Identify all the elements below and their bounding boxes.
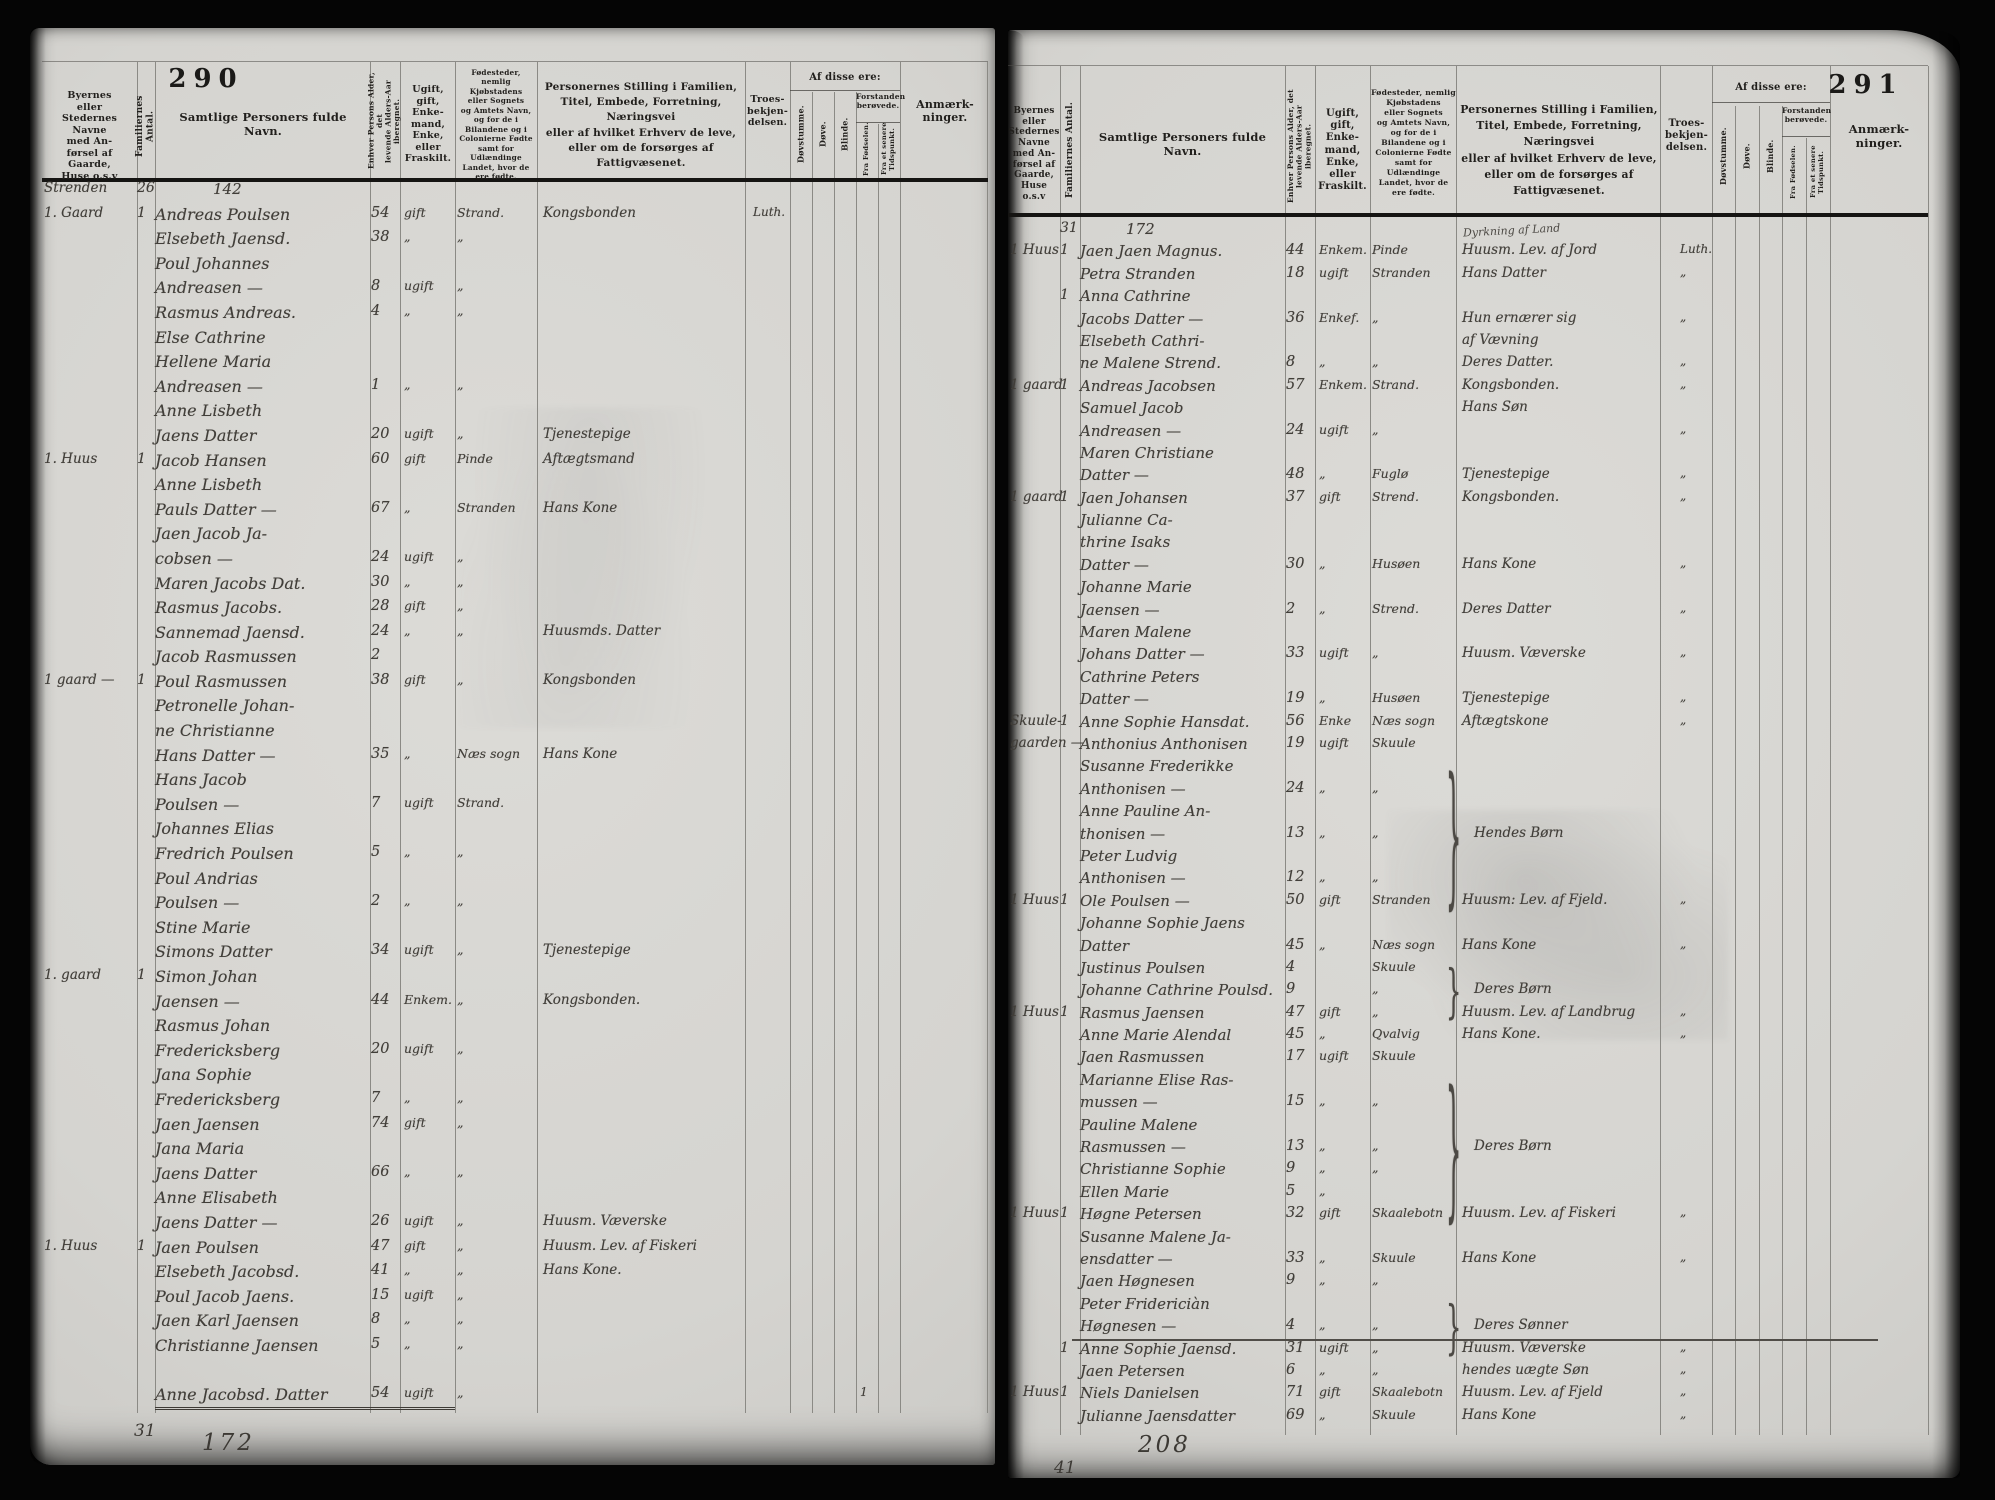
age-cell bbox=[1285, 287, 1315, 309]
name-cell: Jaensen — bbox=[155, 992, 370, 1017]
religion-cell bbox=[745, 278, 790, 303]
marital-cell bbox=[400, 696, 455, 721]
birthplace-cell: „ bbox=[1370, 354, 1456, 376]
position-cell: Huusm: Lev. af Fjeld. bbox=[1456, 892, 1660, 914]
age-cell: 44 bbox=[370, 992, 400, 1017]
family-count-cell bbox=[137, 278, 155, 303]
family-count-cell: 1 bbox=[137, 1238, 155, 1263]
page-number: 291 bbox=[1816, 70, 1916, 102]
position-cell: Hans Kone. bbox=[537, 1262, 745, 1287]
place-cell: 1 Huus bbox=[1008, 1384, 1060, 1406]
family-count-cell: 1 bbox=[137, 205, 155, 230]
position-cell: Hans Kone bbox=[1456, 1407, 1660, 1429]
infirmity-mark-cell bbox=[1712, 780, 1830, 802]
col-header-birthplace: Fødesteder, nemlig Kjøbstadens eller Sog… bbox=[1371, 88, 1456, 198]
position-cell bbox=[1456, 1048, 1660, 1070]
infirmity-mark-cell bbox=[790, 278, 900, 303]
marital-cell: „ bbox=[1315, 1183, 1370, 1205]
religion-cell: „ bbox=[1660, 1026, 1712, 1048]
marital-cell bbox=[400, 1188, 455, 1213]
name-cell: Datter — bbox=[1080, 466, 1285, 488]
family-count-cell bbox=[137, 770, 155, 795]
age-cell: 67 bbox=[370, 500, 400, 525]
marital-cell bbox=[1315, 399, 1370, 421]
marital-cell: gift bbox=[1315, 892, 1370, 914]
religion-cell bbox=[745, 696, 790, 721]
remark-cell bbox=[900, 1213, 986, 1238]
remark-cell bbox=[1830, 1093, 1928, 1115]
age-cell: 18 bbox=[1285, 265, 1315, 287]
place-cell bbox=[1008, 1183, 1060, 1205]
place-cell: Strenden bbox=[42, 180, 137, 205]
position-cell bbox=[1456, 802, 1660, 824]
name-cell: Sannemad Jaensd. bbox=[155, 623, 370, 648]
family-count-cell bbox=[1060, 757, 1080, 779]
birthplace-cell: „ bbox=[455, 426, 537, 451]
marital-cell: gift bbox=[400, 1238, 455, 1263]
marital-cell: „ bbox=[400, 500, 455, 525]
place-cell bbox=[1008, 287, 1060, 309]
infirmity-mark-cell bbox=[790, 377, 900, 402]
age-cell: 74 bbox=[370, 1115, 400, 1140]
marital-cell: gift bbox=[400, 672, 455, 697]
remark-cell bbox=[900, 1385, 986, 1410]
age-cell: 47 bbox=[370, 1238, 400, 1263]
family-total: 41 bbox=[1054, 1458, 1076, 1478]
religion-cell bbox=[745, 303, 790, 328]
census-row: Anne Pauline An- bbox=[1008, 802, 1928, 824]
age-cell bbox=[1285, 1228, 1315, 1250]
census-row: Datter — 19 „ Husøen Tjenestepige „ bbox=[1008, 690, 1928, 712]
census-row: Ellen Marie 5 „ bbox=[1008, 1183, 1928, 1205]
place-cell bbox=[1008, 578, 1060, 600]
infirmity-mark-cell bbox=[1712, 869, 1830, 891]
place-cell bbox=[42, 1336, 137, 1361]
place-cell bbox=[1008, 1228, 1060, 1250]
age-cell bbox=[370, 918, 400, 943]
birthplace-cell: „ bbox=[1370, 1160, 1456, 1182]
position-cell: Aftægtsmand bbox=[537, 451, 745, 476]
marital-cell: ugift bbox=[1315, 645, 1370, 667]
marital-cell: ugift bbox=[1315, 422, 1370, 444]
name-cell: Pauline Malene bbox=[1080, 1116, 1285, 1138]
place-cell bbox=[1008, 332, 1060, 354]
name-cell: Samuel Jacob bbox=[1080, 399, 1285, 421]
remark-cell bbox=[900, 352, 986, 377]
marital-cell: „ bbox=[1315, 1317, 1370, 1339]
age-cell: 69 bbox=[1285, 1407, 1315, 1429]
family-count-cell bbox=[1060, 869, 1080, 891]
census-row: Høgnesen — 4 „ „ Deres Sønner bbox=[1008, 1317, 1928, 1339]
place-cell bbox=[1008, 869, 1060, 891]
remark-cell bbox=[1830, 690, 1928, 712]
infirmity-mark-cell bbox=[1712, 735, 1830, 757]
census-row: Justinus Poulsen 4 Skuule bbox=[1008, 959, 1928, 981]
name-cell: Rasmus Johan bbox=[155, 1016, 370, 1041]
marital-cell: „ bbox=[400, 1164, 455, 1189]
family-count-cell bbox=[137, 1262, 155, 1287]
census-row: Poul Andrias bbox=[42, 869, 986, 894]
remark-cell bbox=[1830, 1160, 1928, 1182]
birthplace-cell bbox=[455, 647, 537, 672]
marital-cell: „ bbox=[1315, 466, 1370, 488]
place-cell: 1 Huus bbox=[1008, 892, 1060, 914]
place-cell bbox=[42, 844, 137, 869]
position-cell: Deres Børn bbox=[1456, 981, 1660, 1003]
birthplace-cell bbox=[1370, 1183, 1456, 1205]
infirmity-mark-cell bbox=[1712, 287, 1830, 309]
name-cell: Elsebeth Jacobsd. bbox=[155, 1262, 370, 1287]
infirmity-mark-cell bbox=[790, 893, 900, 918]
age-cell: 48 bbox=[1285, 466, 1315, 488]
family-count-cell bbox=[137, 1361, 155, 1386]
place-cell bbox=[1008, 511, 1060, 533]
col-header-family-count: Familiernes Antal. bbox=[1060, 98, 1080, 202]
position-cell bbox=[537, 475, 745, 500]
marital-cell bbox=[1315, 511, 1370, 533]
religion-cell bbox=[745, 574, 790, 599]
age-cell bbox=[1285, 332, 1315, 354]
religion-cell bbox=[745, 819, 790, 844]
place-cell bbox=[42, 377, 137, 402]
family-count-cell bbox=[137, 746, 155, 771]
religion-cell bbox=[1660, 578, 1712, 600]
name-cell: 172 bbox=[1080, 220, 1285, 242]
position-cell bbox=[537, 918, 745, 943]
position-cell: Hans Kone bbox=[537, 500, 745, 525]
infirmity-mark-cell bbox=[1712, 1317, 1830, 1339]
place-cell bbox=[1008, 399, 1060, 421]
place-cell bbox=[42, 647, 137, 672]
position-cell bbox=[537, 278, 745, 303]
religion-cell bbox=[745, 1336, 790, 1361]
birthplace-cell: Stranden bbox=[455, 500, 537, 525]
position-cell bbox=[1456, 1071, 1660, 1093]
birthplace-cell: „ bbox=[455, 1238, 537, 1263]
family-count-cell bbox=[137, 1090, 155, 1115]
infirmity-mark-cell bbox=[1712, 1407, 1830, 1429]
family-count-cell bbox=[137, 254, 155, 279]
religion-cell bbox=[745, 1385, 790, 1410]
position-cell bbox=[1456, 578, 1660, 600]
place-cell bbox=[42, 574, 137, 599]
census-row: 1 Anna Cathrine bbox=[1008, 287, 1928, 309]
place-cell bbox=[42, 819, 137, 844]
infirmity-mark-cell bbox=[1712, 1004, 1830, 1026]
remark-cell bbox=[1830, 399, 1928, 421]
birthplace-cell bbox=[1370, 757, 1456, 779]
infirmity-mark-cell bbox=[790, 672, 900, 697]
age-cell: 45 bbox=[1285, 1026, 1315, 1048]
infirmity-mark-cell bbox=[790, 500, 900, 525]
age-cell bbox=[1285, 399, 1315, 421]
marital-cell bbox=[400, 918, 455, 943]
marital-cell bbox=[1315, 444, 1370, 466]
header-top-rule bbox=[1008, 65, 1928, 66]
remark-cell bbox=[900, 1262, 986, 1287]
infirmity-mark-cell bbox=[790, 942, 900, 967]
birthplace-cell: Husøen bbox=[1370, 690, 1456, 712]
position-cell: Tjenestepige bbox=[1456, 466, 1660, 488]
age-cell: 12 bbox=[1285, 869, 1315, 891]
age-cell: 38 bbox=[370, 672, 400, 697]
census-row: mussen — 15 „ „ bbox=[1008, 1093, 1928, 1115]
place-cell bbox=[42, 1090, 137, 1115]
infirmity-mark-cell bbox=[1712, 1048, 1830, 1070]
infirmity-mark-cell bbox=[1712, 220, 1830, 242]
marital-cell bbox=[400, 401, 455, 426]
place-cell bbox=[42, 1213, 137, 1238]
religion-cell bbox=[1660, 1138, 1712, 1160]
marital-cell: „ bbox=[400, 229, 455, 254]
family-count-cell bbox=[1060, 735, 1080, 757]
religion-cell bbox=[745, 770, 790, 795]
religion-cell bbox=[745, 623, 790, 648]
name-cell: Poulsen — bbox=[155, 795, 370, 820]
family-count-cell bbox=[1060, 914, 1080, 936]
remark-cell bbox=[900, 869, 986, 894]
age-cell bbox=[370, 1065, 400, 1090]
family-count-cell bbox=[137, 1115, 155, 1140]
position-cell bbox=[537, 1385, 745, 1410]
birthplace-cell bbox=[455, 328, 537, 353]
remark-cell bbox=[900, 401, 986, 426]
birthplace-cell: „ bbox=[455, 574, 537, 599]
remark-cell bbox=[900, 844, 986, 869]
remark-cell bbox=[900, 426, 986, 451]
family-count-cell bbox=[137, 623, 155, 648]
age-cell bbox=[370, 328, 400, 353]
religion-cell bbox=[745, 647, 790, 672]
census-rows: Strenden 26 142 1. Gaard 1 Andreas Pouls… bbox=[42, 180, 986, 1410]
birthplace-cell: „ bbox=[455, 1041, 537, 1066]
position-cell: Kongsbonden. bbox=[1456, 489, 1660, 511]
birthplace-cell: Næs sogn bbox=[455, 746, 537, 771]
position-cell bbox=[1456, 668, 1660, 690]
position-cell bbox=[537, 967, 745, 992]
religion-cell bbox=[1660, 1071, 1712, 1093]
census-row: Elsebeth Cathri- af Vævning bbox=[1008, 332, 1928, 354]
remark-cell bbox=[1830, 377, 1928, 399]
family-count-cell bbox=[1060, 1250, 1080, 1272]
census-row: Jacobs Datter — 36 Enkef. „ Hun ernærer … bbox=[1008, 310, 1928, 332]
birthplace-cell: „ bbox=[455, 1213, 537, 1238]
family-count-cell: 1 bbox=[1060, 1004, 1080, 1026]
infirmity-mark-cell bbox=[1712, 1250, 1830, 1272]
religion-cell bbox=[745, 1311, 790, 1336]
infirmity-mark-cell bbox=[790, 1188, 900, 1213]
family-count-cell: 1 bbox=[1060, 1340, 1080, 1362]
age-cell: 30 bbox=[370, 574, 400, 599]
place-cell bbox=[42, 1016, 137, 1041]
name-cell: Susanne Frederikke bbox=[1080, 757, 1285, 779]
religion-cell: „ bbox=[1660, 265, 1712, 287]
position-cell bbox=[1456, 1272, 1660, 1294]
birthplace-cell: „ bbox=[1370, 645, 1456, 667]
name-cell: Rasmussen — bbox=[1080, 1138, 1285, 1160]
position-cell bbox=[537, 1139, 745, 1164]
remark-cell bbox=[1830, 1250, 1928, 1272]
col-header-deaf-mute: Døvstumme. bbox=[1712, 106, 1735, 206]
marital-cell bbox=[400, 1139, 455, 1164]
religion-cell bbox=[745, 967, 790, 992]
age-cell: 13 bbox=[1285, 1138, 1315, 1160]
census-row: Jaen Jacob Ja- bbox=[42, 524, 986, 549]
position-cell bbox=[1456, 623, 1660, 645]
age-cell bbox=[1285, 533, 1315, 555]
remark-cell bbox=[1830, 422, 1928, 444]
position-cell bbox=[1456, 757, 1660, 779]
place-cell bbox=[1008, 757, 1060, 779]
marital-cell: ugift bbox=[400, 1385, 455, 1410]
religion-cell: „ bbox=[1660, 1004, 1712, 1026]
census-row: Pauls Datter — 67 „ Stranden Hans Kone bbox=[42, 500, 986, 525]
name-cell: Anne Sophie Jaensd. bbox=[1080, 1340, 1285, 1362]
place-cell: 1. Gaard bbox=[42, 205, 137, 230]
marital-cell: „ bbox=[1315, 1026, 1370, 1048]
remark-cell bbox=[900, 992, 986, 1017]
position-cell bbox=[537, 328, 745, 353]
position-cell bbox=[537, 524, 745, 549]
religion-cell: „ bbox=[1660, 354, 1712, 376]
position-cell bbox=[537, 819, 745, 844]
remark-cell bbox=[900, 500, 986, 525]
remark-cell bbox=[900, 746, 986, 771]
census-row: Fredericksberg 7 „ „ bbox=[42, 1090, 986, 1115]
position-cell bbox=[537, 180, 745, 205]
marital-cell bbox=[400, 180, 455, 205]
position-cell bbox=[537, 574, 745, 599]
remark-cell bbox=[900, 672, 986, 697]
family-count-cell bbox=[1060, 1407, 1080, 1429]
infirmity-mark-cell bbox=[790, 352, 900, 377]
birthplace-cell bbox=[1370, 332, 1456, 354]
place-cell bbox=[42, 795, 137, 820]
age-cell bbox=[370, 967, 400, 992]
remark-cell bbox=[900, 819, 986, 844]
infirmity-mark-cell bbox=[790, 869, 900, 894]
name-cell: ensdatter — bbox=[1080, 1250, 1285, 1272]
age-cell: 8 bbox=[1285, 354, 1315, 376]
religion-cell bbox=[745, 500, 790, 525]
place-cell bbox=[42, 328, 137, 353]
age-cell: 4 bbox=[370, 303, 400, 328]
marital-cell: ugift bbox=[1315, 265, 1370, 287]
name-cell: Poul Jacob Jaens. bbox=[155, 1287, 370, 1312]
name-cell: Rasmus Andreas. bbox=[155, 303, 370, 328]
family-count-cell bbox=[1060, 466, 1080, 488]
infirmity-mark-cell bbox=[1712, 310, 1830, 332]
infirmity-mark-cell bbox=[790, 1238, 900, 1263]
position-cell bbox=[537, 893, 745, 918]
place-cell bbox=[1008, 959, 1060, 981]
religion-cell bbox=[745, 180, 790, 205]
religion-cell bbox=[745, 1164, 790, 1189]
remark-cell bbox=[1830, 914, 1928, 936]
of-these-underline bbox=[790, 90, 900, 91]
religion-cell bbox=[1660, 802, 1712, 824]
birthplace-cell: „ bbox=[1370, 1340, 1456, 1362]
place-cell bbox=[42, 254, 137, 279]
infirmity-mark-cell bbox=[790, 1041, 900, 1066]
infirmity-mark-cell bbox=[790, 647, 900, 672]
religion-cell bbox=[1660, 757, 1712, 779]
place-cell bbox=[1008, 466, 1060, 488]
marital-cell: „ bbox=[1315, 1272, 1370, 1294]
position-cell bbox=[537, 696, 745, 721]
position-cell: Kongsbonden bbox=[537, 672, 745, 697]
infirmity-mark-cell bbox=[1712, 959, 1830, 981]
age-cell: 44 bbox=[1285, 242, 1315, 264]
family-count-cell: 31 bbox=[1060, 220, 1080, 242]
religion-cell bbox=[745, 893, 790, 918]
religion-cell bbox=[745, 1188, 790, 1213]
position-cell bbox=[537, 1336, 745, 1361]
family-count-cell bbox=[1060, 1093, 1080, 1115]
marital-cell bbox=[1315, 959, 1370, 981]
census-row: Anne Jacobsd. Datter 54 ugift „ 1 bbox=[42, 1385, 986, 1410]
position-cell bbox=[537, 869, 745, 894]
age-cell: 50 bbox=[1285, 892, 1315, 914]
remark-cell bbox=[1830, 332, 1928, 354]
family-count-cell bbox=[137, 1287, 155, 1312]
census-row: Poulsen — 7 ugift Strand. bbox=[42, 795, 986, 820]
name-cell bbox=[155, 1361, 370, 1386]
position-cell bbox=[1456, 914, 1660, 936]
remark-cell bbox=[1830, 1317, 1928, 1339]
infirmity-mark-cell bbox=[1712, 892, 1830, 914]
place-cell bbox=[1008, 354, 1060, 376]
name-cell: Datter — bbox=[1080, 556, 1285, 578]
census-row: Poulsen — 2 „ „ bbox=[42, 893, 986, 918]
remark-cell bbox=[900, 1115, 986, 1140]
census-row: Anne Marie Alendal 45 „ Qvalvig Hans Kon… bbox=[1008, 1026, 1928, 1048]
name-cell: Jaen Karl Jaensen bbox=[155, 1311, 370, 1336]
name-cell: Julianne Jaensdatter bbox=[1080, 1407, 1285, 1429]
birthplace-cell: „ bbox=[455, 1115, 537, 1140]
census-row: Jaen Karl Jaensen 8 „ „ bbox=[42, 1311, 986, 1336]
age-cell: 54 bbox=[370, 205, 400, 230]
place-cell bbox=[1008, 1407, 1060, 1429]
col-header-deaf: Døve. bbox=[812, 92, 834, 176]
remark-cell bbox=[900, 278, 986, 303]
place-cell bbox=[1008, 1048, 1060, 1070]
position-cell: hendes uægte Søn bbox=[1456, 1362, 1660, 1384]
age-cell: 5 bbox=[1285, 1183, 1315, 1205]
age-cell: 54 bbox=[370, 1385, 400, 1410]
remark-cell bbox=[1830, 1295, 1928, 1317]
place-cell bbox=[1008, 668, 1060, 690]
census-row: Datter — 48 „ Fuglø Tjenestepige „ bbox=[1008, 466, 1928, 488]
marital-cell bbox=[400, 254, 455, 279]
marital-cell bbox=[1315, 1228, 1370, 1250]
infirmity-mark-cell bbox=[1712, 645, 1830, 667]
age-cell: 26 bbox=[370, 1213, 400, 1238]
name-cell: Jaens Datter — bbox=[155, 1213, 370, 1238]
name-cell: Hellene Maria bbox=[155, 352, 370, 377]
religion-cell: „ bbox=[1660, 377, 1712, 399]
family-count-cell: 1 bbox=[137, 967, 155, 992]
position-cell: Huusm. Væverske bbox=[537, 1213, 745, 1238]
name-cell: Anthonisen — bbox=[1080, 869, 1285, 891]
name-cell: Ellen Marie bbox=[1080, 1183, 1285, 1205]
census-row: Cathrine Peters bbox=[1008, 668, 1928, 690]
family-count-cell bbox=[1060, 981, 1080, 1003]
place-cell bbox=[1008, 556, 1060, 578]
col-header-insane: Forstanden berøvede. bbox=[856, 92, 900, 110]
family-count-cell bbox=[1060, 623, 1080, 645]
col-header-family-count: Familiernes Antal. bbox=[136, 78, 155, 174]
